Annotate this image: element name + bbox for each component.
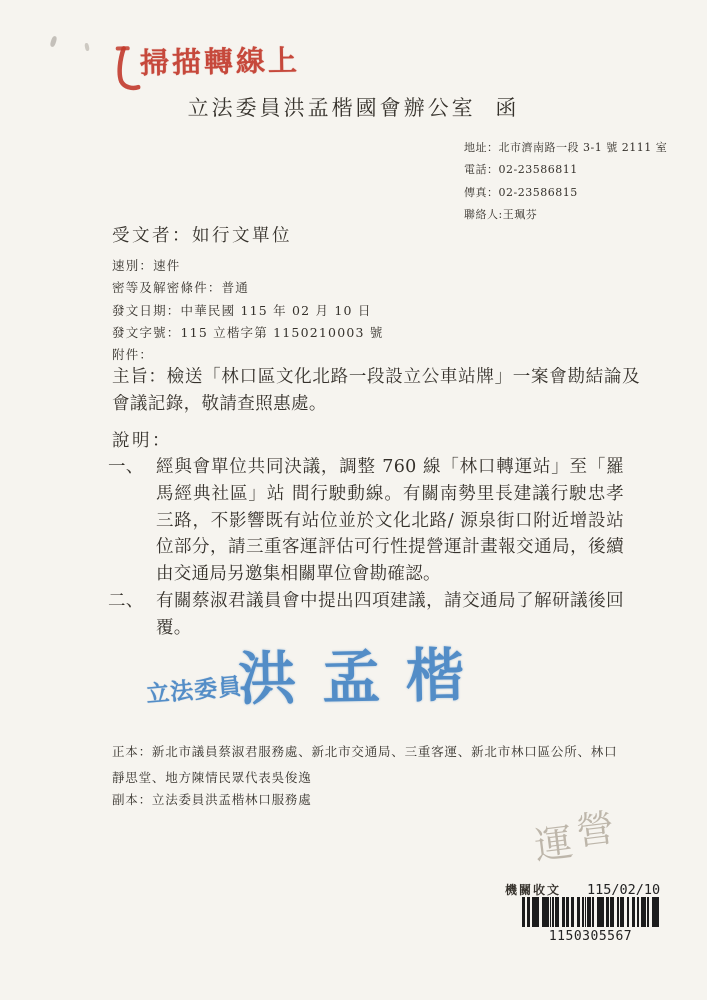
scan-stamp-text: 掃描轉線上 <box>140 38 301 82</box>
item-text: 經與會單位共同決議，調整 760 線「林口轉運站」至「羅馬經典社區」站 間行駛動… <box>156 454 624 588</box>
contact-person-label: 聯絡人: <box>464 208 503 221</box>
explanation-item-1: 一、 經與會單位共同決議，調整 760 線「林口轉運站」至「羅馬經典社區」站 間… <box>108 454 624 588</box>
signature-stamp-title: 立法委員 <box>145 668 244 709</box>
received-barcode <box>522 897 659 927</box>
meta-issue-date-label: 發文日期： <box>112 303 181 318</box>
distribution-original-value: 新北市議員蔡淑君服務處、新北市交通局、三重客運、新北市林口區公所、林口靜思堂、地… <box>112 744 617 785</box>
contact-fax: 傳真：02-23586815 <box>464 182 667 204</box>
contact-person: 聯絡人:王珮芬 <box>464 204 667 226</box>
subject-label: 主旨： <box>112 367 167 387</box>
recipient-line: 受文者：如行文單位 <box>112 222 292 247</box>
distribution-original: 正本：新北市議員蔡淑君服務處、新北市交通局、三重客運、新北市林口區公所、林口靜思… <box>112 739 618 791</box>
scan-artifact <box>49 35 57 47</box>
meta-priority: 速別：速件 <box>112 255 384 277</box>
explanation-items: 一、 經與會單位共同決議，調整 760 線「林口轉運站」至「羅馬經典社區」站 間… <box>108 454 624 642</box>
meta-issue-date-value: 中華民國 115 年 02 月 10 日 <box>181 303 372 318</box>
received-stamp-header: 機關收文 115/02/10 <box>505 881 660 898</box>
scan-artifact <box>84 43 90 52</box>
distribution-copy-label: 副本： <box>112 792 152 807</box>
meta-fields: 速別：速件 密等及解密條件：普通 發文日期：中華民國 115 年 02 月 10… <box>112 255 384 366</box>
meta-classification-value: 普通 <box>222 280 249 295</box>
recipient-label: 受文者： <box>112 226 192 246</box>
document-title: 立法委員洪孟楷國會辦公室 函 <box>0 92 707 122</box>
signature-stamp-name: 洪孟楷 <box>237 628 490 716</box>
subject-text: 檢送「林口區文化北路一段設立公車站牌」一案會勘結論及會議記錄，敬請查照惠處。 <box>112 367 640 414</box>
meta-doc-number-value: 115 立楷字第 1150210003 號 <box>181 325 384 340</box>
distribution-copy: 副本：立法委員洪孟楷林口服務處 <box>112 790 312 808</box>
contact-address-value: 北市濟南路一段 3-1 號 2111 室 <box>499 141 668 154</box>
meta-priority-value: 速件 <box>153 258 180 273</box>
item-number: 二、 <box>108 588 156 615</box>
contact-phone-value: 02-23586811 <box>499 163 578 176</box>
received-stamp-label: 機關收文 <box>505 881 561 898</box>
recipient-value: 如行文單位 <box>192 226 292 246</box>
explanation-label: 說明： <box>112 427 172 452</box>
distribution-original-label: 正本： <box>112 744 152 759</box>
contact-phone: 電話：02-23586811 <box>464 159 667 181</box>
contact-fax-label: 傳真： <box>464 186 499 199</box>
contact-address-label: 地址： <box>464 141 499 154</box>
sender-contact-block: 地址：北市濟南路一段 3-1 號 2111 室 電話：02-23586811 傳… <box>464 137 667 227</box>
meta-classification-label: 密等及解密條件： <box>112 280 222 295</box>
meta-attachment-label: 附件： <box>112 347 153 362</box>
stamp-curl-mark <box>104 45 141 92</box>
received-stamp-date: 115/02/10 <box>587 882 660 898</box>
distribution-copy-value: 立法委員洪孟楷林口服務處 <box>152 792 312 807</box>
handwritten-char-1: 運 <box>532 819 580 868</box>
contact-fax-value: 02-23586815 <box>499 186 578 199</box>
contact-person-value: 王珮芬 <box>503 208 538 221</box>
subject-paragraph: 主旨：檢送「林口區文化北路一段設立公車站牌」一案會勘結論及會議記錄，敬請查照惠處… <box>112 364 640 417</box>
contact-address: 地址：北市濟南路一段 3-1 號 2111 室 <box>464 137 667 159</box>
meta-issue-date: 發文日期：中華民國 115 年 02 月 10 日 <box>112 300 384 322</box>
contact-phone-label: 電話： <box>464 163 499 176</box>
handwritten-char-2: 營 <box>574 805 622 854</box>
scanned-official-letter: 掃描轉線上 立法委員洪孟楷國會辦公室 函 地址：北市濟南路一段 3-1 號 21… <box>0 0 707 1000</box>
item-number: 一、 <box>108 454 156 481</box>
red-scan-stamp: 掃描轉線上 <box>104 38 301 91</box>
handwritten-note: 運營 <box>531 805 623 870</box>
received-barcode-number: 1150305567 <box>522 929 659 944</box>
meta-priority-label: 速別： <box>112 258 153 273</box>
meta-doc-number-label: 發文字號： <box>112 325 181 340</box>
meta-doc-number: 發文字號：115 立楷字第 1150210003 號 <box>112 322 384 344</box>
meta-classification: 密等及解密條件：普通 <box>112 277 384 299</box>
